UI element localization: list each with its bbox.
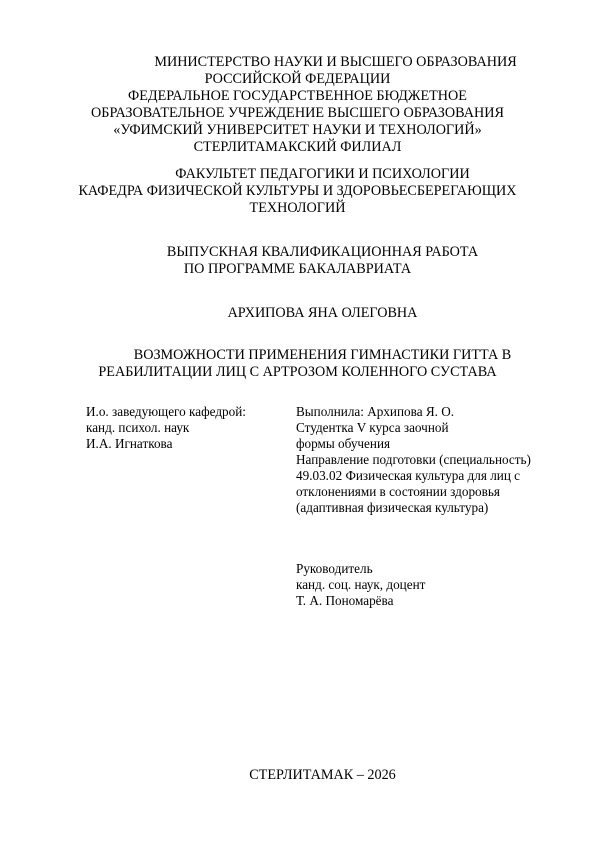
- city-year: СТЕРЛИТАМАК – 2026: [0, 767, 595, 784]
- performer-line: (адаптивная физическая культура): [296, 500, 488, 516]
- performer-line: Выполнила: Архипова Я. О.: [296, 404, 454, 420]
- head-degree: канд. психол. наук: [86, 420, 189, 436]
- ministry-line: ОБРАЗОВАТЕЛЬНОЕ УЧРЕЖДЕНИЕ ВЫСШЕГО ОБРАЗ…: [0, 105, 595, 122]
- head-role: И.о. заведующего кафедрой:: [86, 404, 246, 420]
- thesis-title-line: ВОЗМОЖНОСТИ ПРИМЕНЕНИЯ ГИМНАСТИКИ ГИТТА …: [0, 347, 595, 364]
- ministry-line: «УФИМСКИЙ УНИВЕРСИТЕТ НАУКИ И ТЕХНОЛОГИЙ…: [0, 122, 595, 139]
- faculty-line: ФАКУЛЬТЕТ ПЕДАГОГИКИ И ПСИХОЛОГИИ: [0, 166, 595, 183]
- performer-line: 49.03.02 Физическая культура для лиц с: [296, 468, 520, 484]
- performer-line: отклонениями в состоянии здоровья: [296, 484, 500, 500]
- department-line: КАФЕДРА ФИЗИЧЕСКОЙ КУЛЬТУРЫ И ЗДОРОВЬЕСБ…: [0, 183, 595, 200]
- ministry-line: РОССИЙСКОЙ ФЕДЕРАЦИИ: [0, 71, 595, 88]
- performer-line: Направление подготовки (специальность): [296, 452, 531, 468]
- supervisor-role: Руководитель: [296, 561, 373, 577]
- department-line: ТЕХНОЛОГИЙ: [0, 200, 595, 217]
- ministry-line: ФЕДЕРАЛЬНОЕ ГОСУДАРСТВЕННОЕ БЮДЖЕТНОЕ: [0, 88, 595, 105]
- work-type-line: ВЫПУСКНАЯ КВАЛИФИКАЦИОННАЯ РАБОТА: [0, 244, 595, 261]
- ministry-line: СТЕРЛИТАМАКСКИЙ ФИЛИАЛ: [0, 139, 595, 156]
- author-name: АРХИПОВА ЯНА ОЛЕГОВНА: [0, 305, 595, 322]
- performer-line: формы обучения: [296, 436, 390, 452]
- ministry-line: МИНИСТЕРСТВО НАУКИ И ВЫСШЕГО ОБРАЗОВАНИЯ: [0, 54, 595, 71]
- head-name: И.А. Игнаткова: [86, 436, 172, 452]
- performer-line: Студентка V курса заочной: [296, 420, 449, 436]
- work-type-line: ПО ПРОГРАММЕ БАКАЛАВРИАТА: [0, 261, 595, 278]
- document-page: МИНИСТЕРСТВО НАУКИ И ВЫСШЕГО ОБРАЗОВАНИЯ…: [0, 0, 595, 841]
- supervisor-name: Т. А. Пономарёва: [296, 593, 393, 609]
- supervisor-degree: канд. соц. наук, доцент: [296, 577, 425, 593]
- thesis-title-line: РЕАБИЛИТАЦИИ ЛИЦ С АРТРОЗОМ КОЛЕННОГО СУ…: [0, 364, 595, 381]
